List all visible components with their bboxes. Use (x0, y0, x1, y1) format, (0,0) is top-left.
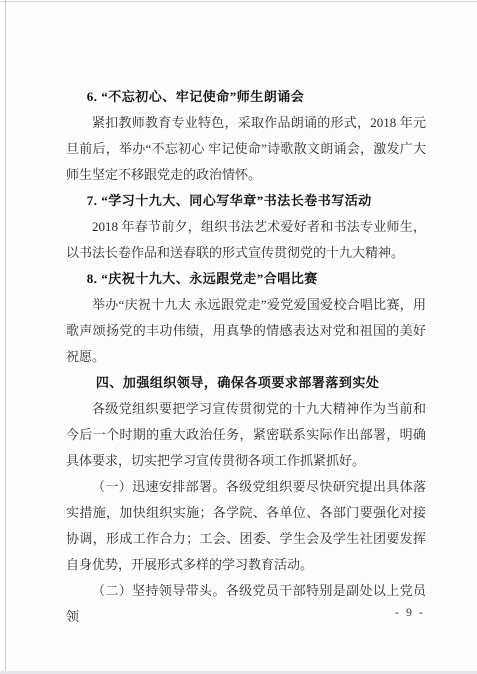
body-paragraph: （一）迅速安排部署。各级党组织要尽快研究提出具体落实措施，加快组织实施；各学院、… (66, 474, 426, 578)
section-heading-7: 7. “学习十九大、同心写华章”书法长卷书写活动 (66, 188, 426, 214)
body-paragraph: （二）坚持领导带头。各级党员干部特别是副处以上党员领 (66, 578, 426, 630)
document-page: 6. “不忘初心、牢记使命”师生朗诵会 紧扣教师教育专业特色，采取作品朗诵的形式… (0, 0, 477, 674)
body-paragraph: 紧扣教师教育专业特色，采取作品朗诵的形式，2018 年元旦前后，举办“不忘初心 … (66, 110, 426, 188)
section-heading-8: 8. “庆祝十九大、永远跟党走”合唱比赛 (66, 266, 426, 292)
body-paragraph: 2018 年春节前夕，组织书法艺术爱好者和书法专业师生，以书法长卷作品和送春联的… (66, 214, 426, 266)
body-paragraph: 各级党组织要把学习宣传贯彻党的十九大精神作为当前和今后一个时期的重大政治任务，紧… (66, 396, 426, 474)
page-number: - 9 - (395, 604, 425, 620)
page-edge-top (0, 1, 477, 2)
chapter-heading-4: 四、加强组织领导，确保各项要求部署落到实处 (66, 370, 426, 396)
page-edge-left (5, 0, 6, 674)
document-body: 6. “不忘初心、牢记使命”师生朗诵会 紧扣教师教育专业特色，采取作品朗诵的形式… (66, 84, 426, 630)
body-paragraph: 举办“庆祝十九大 永远跟党走”爱党爱国爱校合唱比赛，用歌声颂扬党的丰功伟绩，用真… (66, 292, 426, 370)
section-heading-6: 6. “不忘初心、牢记使命”师生朗诵会 (66, 84, 426, 110)
